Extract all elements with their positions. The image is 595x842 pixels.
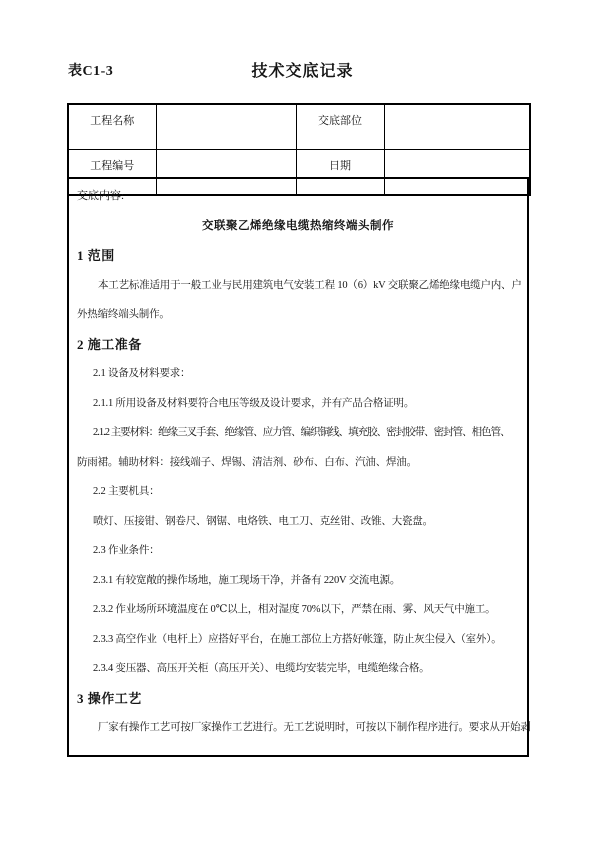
content-line: 2.3 作业条件：	[77, 536, 519, 566]
content-doc-title: 交联聚乙烯绝缘电缆热缩终端头制作	[77, 212, 519, 242]
page-title: 技术交底记录	[10, 58, 595, 81]
content-box: 交底内容: 交联聚乙烯绝缘电缆热缩终端头制作 1 范围 本工艺标准适用于一般工业…	[67, 177, 529, 757]
content-line: 喷灯、压接钳、钢卷尺、钢锯、电烙铁、电工刀、克丝钳、改锥、大瓷盘。	[77, 507, 519, 537]
content-line: 本工艺标准适用于一般工业与民用建筑电气安装工程 10（6）kV 交联聚乙烯绝缘电…	[77, 271, 519, 301]
document-page: 表C1-3 技术交底记录 工程名称 交底部位 工程编号 日期 交底内容: 交联聚…	[0, 0, 595, 842]
content-line: 2.1.2 主要材料：绝缘三叉手套、绝缘管、应力管、编织铜线、填充胶、密封胶带、…	[77, 418, 519, 448]
disclosure-part-label: 交底部位	[296, 104, 384, 150]
content-line: 厂家有操作工艺可按厂家操作工艺进行。无工艺说明时，可按以下制作程序进行。要求从开…	[77, 713, 519, 743]
content-line: 2.3.1 有较宽敞的操作场地，施工现场干净，并备有 220V 交流电源。	[77, 566, 519, 596]
content-line: 2.2 主要机具：	[77, 477, 519, 507]
content-line: 2.1 设备及材料要求：	[77, 359, 519, 389]
disclosure-part-value	[384, 104, 530, 150]
content-line: 防雨裙。辅助材料：接线端子、焊锡、清洁剂、砂布、白布、汽油、焊油。	[77, 448, 519, 478]
section-heading-scope: 1 范围	[77, 241, 519, 271]
content-line: 2.1.1 所用设备及材料要符合电压等级及设计要求，并有产品合格证明。	[77, 389, 519, 419]
project-name-value	[156, 104, 296, 150]
content-line: 2.3.2 作业场所环境温度在 0℃以上，相对湿度 70%以下，严禁在雨、雾、风…	[77, 595, 519, 625]
table-row: 工程名称 交底部位	[68, 104, 530, 150]
content-line: 外热缩终端头制作。	[77, 300, 519, 330]
content-label: 交底内容:	[77, 182, 519, 212]
section-heading-preparation: 2 施工准备	[77, 330, 519, 360]
section-heading-process: 3 操作工艺	[77, 684, 519, 714]
content-line: 2.3.4 变压器、高压开关柜（高压开关）、电缆均安装完毕，电缆绝缘合格。	[77, 654, 519, 684]
project-name-label: 工程名称	[68, 104, 156, 150]
content-line: 2.3.3 高空作业（电杆上）应搭好平台，在施工部位上方搭好帐篷，防止灰尘侵入（…	[77, 625, 519, 655]
